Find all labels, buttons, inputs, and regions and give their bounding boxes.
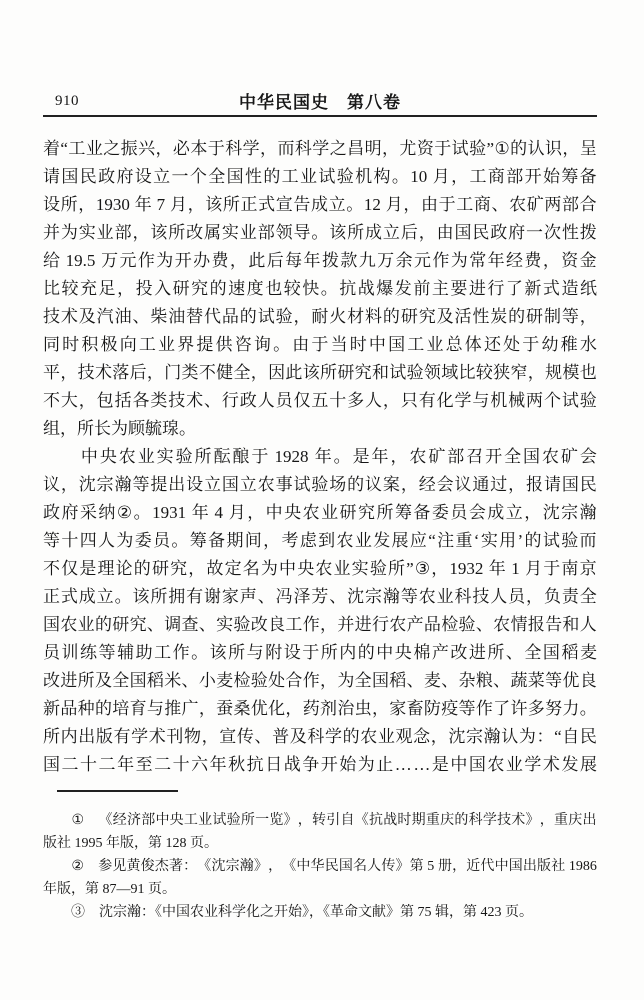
page-content: 910 中华民国史 第八卷 着“工业之振兴，必本于科学，而科学之昌明，尤资于试验…: [0, 0, 644, 924]
header-rule: [43, 115, 597, 117]
page-number: 910: [55, 93, 79, 110]
footnote-line: ③ 沈宗瀚：《中国农业科学化之开始》，《革命文献》第 75 辑，第 423 页。: [43, 901, 597, 924]
text-line: 议，沈宗瀚等提出设立国立农事试验场的议案，经会议通过，报请国民: [43, 471, 597, 499]
text-line: 组，所长为顾毓瑔。: [43, 415, 597, 443]
text-line: 等十四人为委员。筹备期间，考虑到农业发展应“注重‘实用’的试验而: [43, 527, 597, 555]
text-line: 不大，包括各类技术、行政人员仅五十多人，只有化学与机械两个试验: [43, 387, 597, 415]
text-line: 国农业的研究、调查、实验改良工作，并进行农产品检验、农情报告和人: [43, 611, 597, 639]
footnote-separator: [57, 790, 178, 792]
text-line: 正式成立。该所拥有谢家声、冯泽芳、沈宗瀚等农业科技人员，负责全: [43, 583, 597, 611]
text-line: 技术及汽油、柴油替代品的试验，耐火材料的研究及活性炭的研制等，: [43, 303, 597, 331]
text-line: 新品种的培育与推广，蚕桑优化，药剂治虫，家畜防疫等作了许多努力。: [43, 695, 597, 723]
book-page: 910 中华民国史 第八卷 着“工业之振兴，必本于科学，而科学之昌明，尤资于试验…: [0, 0, 644, 1000]
text-line: 中央农业实验所酝酿于 1928 年。是年，农矿部召开全国农矿会: [43, 443, 597, 471]
text-line: 改进所及全国稻米、小麦检验处合作，为全国稻、麦、杂粮、蔬菜等优良: [43, 667, 597, 695]
footnote-line: 版社 1995 年版，第 128 页。: [43, 832, 597, 855]
text-line: 国二十二年至二十六年秋抗日战争开始为止……是中国农业学术发展: [43, 751, 597, 779]
text-line: 并为实业部，该所改属实业部领导。该所成立后，由国民政府一次性拨: [43, 219, 597, 247]
footnotes: ① 《经济部中央工业试验所一览》，转引自《抗战时期重庆的科学技术》，重庆出 版社…: [43, 809, 597, 924]
text-line: 比较充足，投入研究的速度也较快。抗战爆发前主要进行了新式造纸: [43, 275, 597, 303]
text-line: 着“工业之振兴，必本于科学，而科学之昌明，尤资于试验”①的认识，呈: [43, 135, 597, 163]
text-line: 设所，1930 年 7 月，该所正式宣告成立。12 月，由于工商、农矿两部合: [43, 191, 597, 219]
text-line: 同时积极向工业界提供咨询。由于当时中国工业总体还处于幼稚水: [43, 331, 597, 359]
text-line: 给 19.5 万元作为开办费，此后每年拨款九万余元作为常年经费，资金: [43, 247, 597, 275]
text-line: 员训练等辅助工作。该所与附设于所内的中央棉产改进所、全国稻麦: [43, 639, 597, 667]
footnote-line: ① 《经济部中央工业试验所一览》，转引自《抗战时期重庆的科学技术》，重庆出: [43, 809, 597, 832]
text-line: 所内出版有学术刊物，宣传、普及科学的农业观念，沈宗瀚认为：“自民: [43, 723, 597, 751]
footnote-line: ② 参见黄俊杰著：《沈宗瀚》，《中华民国名人传》第 5 册，近代中国出版社 19…: [43, 855, 597, 878]
page-header: 910 中华民国史 第八卷: [43, 0, 597, 110]
text-line: 平，技术落后，门类不健全，因此该所研究和试验领域比较狭窄，规模也: [43, 359, 597, 387]
text-line: 政府采纳②。1931 年 4 月，中央农业研究所筹备委员会成立，沈宗瀚: [43, 499, 597, 527]
text-line: 不仅是理论的研究，故定名为中央农业实验所”③，1932 年 1 月于南京: [43, 555, 597, 583]
header-title: 中华民国史 第八卷: [43, 88, 597, 113]
body-text: 着“工业之振兴，必本于科学，而科学之昌明，尤资于试验”①的认识，呈 请国民政府设…: [43, 135, 597, 779]
text-line: 请国民政府设立一个全国性的工业试验机构。10 月，工商部开始筹备: [43, 163, 597, 191]
footnote-line: 年版，第 87—91 页。: [43, 878, 597, 901]
